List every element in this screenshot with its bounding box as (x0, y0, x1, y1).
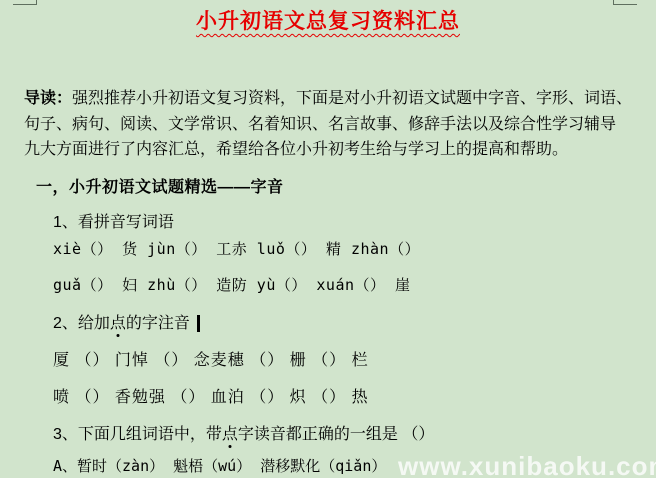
intro-line-1[interactable]: 导读：强烈推荐小升初语文复习资料，下面是对小升初语文试题中字音、字形、词语、 (24, 86, 644, 112)
intro-line-3[interactable]: 九大方面进行了内容汇总，希望给各位小升初考生给与学习上的提高和帮助。 (24, 137, 644, 163)
intro-line-2[interactable]: 句子、病句、阅读、文学常识、名着知识、名言故事、修辞手法以及综合性学习辅导 (24, 112, 644, 138)
question-3-label[interactable]: 3、下面几组词语中，带点字读音都正确的一组是 （） (53, 421, 434, 444)
question-3-emphasized-char: 点 (222, 421, 238, 444)
question-1-label[interactable]: 1、看拼音写词语 (53, 209, 174, 232)
question-2-label-post: 的字注音 (126, 315, 190, 332)
question-3-label-pre: 3、下面几组词语中，带 (53, 426, 222, 443)
intro-paragraph[interactable]: 导读：强烈推荐小升初语文复习资料，下面是对小升初语文试题中字音、字形、词语、 句… (24, 86, 644, 163)
question-2-label-pre: 2、给加 (53, 315, 110, 332)
question-2-line-1[interactable]: 厦 （） 门悼 （） 念麦穗 （） 栅 （） 栏 (53, 347, 369, 370)
document-title[interactable]: 小升初语文总复习资料汇总 (0, 5, 656, 35)
question-3-label-post: 字读音都正确的一组是 （） (238, 426, 434, 443)
question-3-option-a[interactable]: A、暂时（zàn） 魁梧（wú） 潜移默化（qiǎn） (53, 455, 386, 476)
question-2-label[interactable]: 2、给加点的字注音 (53, 310, 200, 333)
intro-label: 导读： (24, 90, 72, 107)
text-cursor (197, 315, 200, 332)
intro-line-1-text: 强烈推荐小升初语文复习资料，下面是对小升初语文试题中字音、字形、词语、 (72, 90, 632, 107)
section-1-heading[interactable]: 一，小升初语文试题精选——字音 (36, 174, 284, 197)
document-page[interactable]: { "page": { "background_color": "#d1e4cc… (0, 0, 656, 478)
question-1-pinyin-line-1[interactable]: xiè（） 货 jùn（） 工赤 luǒ（） 精 zhàn（） (53, 238, 420, 259)
question-2-emphasized-char: 点 (110, 310, 126, 333)
question-2-line-2[interactable]: 喷 （） 香勉强 （） 血泊 （） 炽 （） 热 (53, 384, 369, 407)
watermark: www.xunibaoku.com (398, 451, 656, 478)
question-1-pinyin-line-2[interactable]: guǎ（） 妇 zhù（） 造防 yù（） xuán（） 崖 (53, 274, 411, 295)
